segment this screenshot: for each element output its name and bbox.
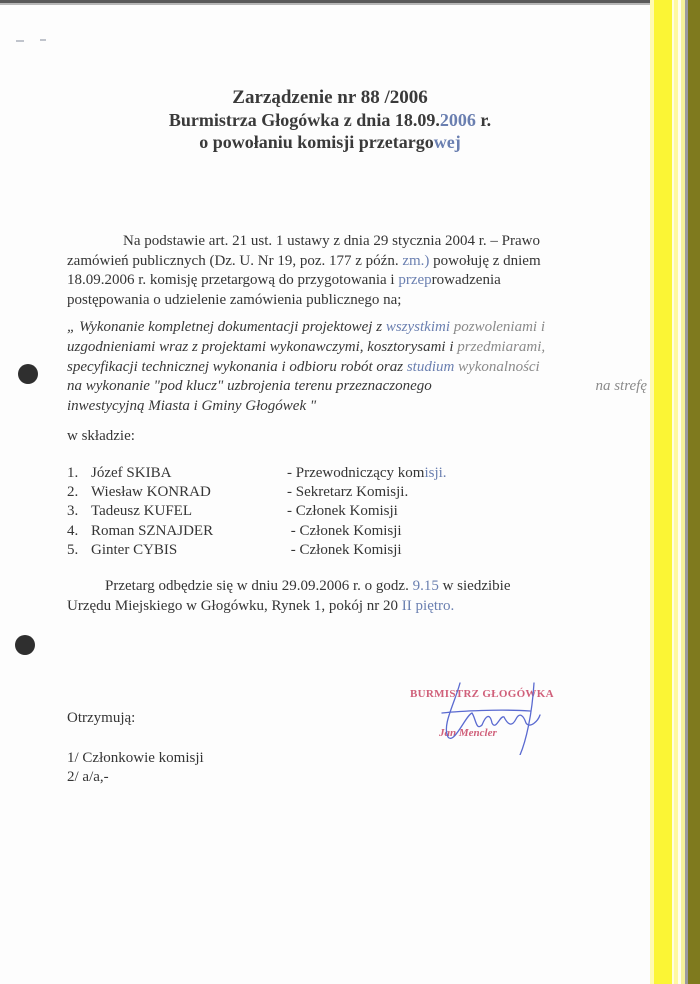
document-subtitle: Burmistrza Głogówka z dnia 18.09.2006 r. — [0, 110, 660, 131]
text: isji. — [424, 465, 446, 481]
text: w siedzibie — [439, 578, 511, 594]
text: studium — [407, 359, 455, 375]
text: 9.15 — [413, 578, 439, 594]
text: specyfikacji technicznej wykonania i odb… — [67, 359, 407, 375]
member-role: - Członek Komisji — [287, 541, 402, 560]
committee-member-row: 5.Ginter CYBIS - Członek Komisji — [67, 541, 447, 560]
paragraph-line: postępowania o udzielenie zamówienia pub… — [67, 291, 587, 311]
text: - Przewodniczący kom — [287, 465, 424, 481]
punch-hole-icon — [15, 635, 35, 655]
text: 18.09.2006 r. komisję przetargową do prz… — [67, 272, 398, 288]
member-name: Roman SZNAJDER — [91, 522, 287, 541]
member-number: 5. — [67, 541, 91, 560]
member-number: 3. — [67, 502, 91, 521]
text: zamówień publicznych (Dz. U. Nr 19, poz.… — [67, 253, 402, 269]
scan-smudge — [16, 40, 24, 42]
quote-line: uzgodnieniami wraz z projektami wykonawc… — [67, 338, 647, 358]
text: powołuję z dniem — [429, 253, 540, 269]
text: przedmiarami, — [457, 339, 545, 355]
punch-hole-icon — [18, 364, 38, 384]
title-text: 2006 — [440, 110, 476, 130]
text: przep — [398, 272, 431, 288]
paragraph-line: Urzędu Miejskiego w Głogówku, Rynek 1, p… — [67, 597, 627, 617]
scan-top-edge-shadow — [0, 3, 700, 5]
tender-paragraph: Przetarg odbędzie się w dniu 29.09.2006 … — [67, 577, 627, 616]
member-role: - Sekretarz Komisji. — [287, 483, 408, 502]
committee-member-row: 4.Roman SZNAJDER - Członek Komisji — [67, 522, 447, 541]
member-number: 4. — [67, 522, 91, 541]
document-subject-heading: o powołaniu komisji przetargowej — [0, 132, 660, 153]
text: zm.) — [402, 253, 429, 269]
committee-member-row: 2.Wiesław KONRAD- Sekretarz Komisji. — [67, 483, 447, 502]
member-role: - Członek Komisji — [287, 502, 398, 521]
member-role: - Przewodniczący komisji. — [287, 464, 447, 483]
composition-label: w składzie: — [67, 428, 135, 445]
member-role: - Członek Komisji — [287, 522, 402, 541]
document-title: Zarządzenie nr 88 /2006 — [0, 87, 660, 109]
text: uzgodnieniami wraz z projektami wykonawc… — [67, 339, 457, 355]
committee-members-list: 1. Józef SKIBA- Przewodniczący komisji.2… — [67, 464, 447, 560]
paragraph-line: Na podstawie art. 21 ust. 1 ustawy z dni… — [67, 232, 587, 252]
text: wykonalności — [454, 359, 539, 375]
text: na wykonanie "pod klucz" uzbrojenia tere… — [67, 377, 432, 397]
member-name: Tadeusz KUFEL — [91, 502, 287, 521]
text: rowadzenia — [432, 272, 501, 288]
recipients-list: 1/ Członkowie komisji2/ a/a,- — [67, 749, 204, 787]
text: na strefę — [595, 377, 647, 397]
recipients-label: Otrzymują: — [67, 710, 135, 727]
title-text: wej — [434, 132, 461, 152]
member-name: Józef SKIBA — [91, 464, 287, 483]
text: „ Wykonanie kompletnej dokumentacji proj… — [67, 319, 386, 335]
scan-edge-band — [688, 0, 700, 984]
quote-line: „ Wykonanie kompletnej dokumentacji proj… — [67, 318, 647, 338]
title-text: Burmistrza Głogówka z dnia 18.09. — [169, 110, 440, 130]
member-number: 2. — [67, 483, 91, 502]
subject-quote: „ Wykonanie kompletnej dokumentacji proj… — [67, 318, 647, 417]
quote-line: specyfikacji technicznej wykonania i odb… — [67, 358, 647, 378]
scan-smudge — [40, 39, 46, 41]
committee-member-row: 1. Józef SKIBA- Przewodniczący komisji. — [67, 464, 447, 483]
title-text: r. — [476, 110, 491, 130]
title-text: o powołaniu komisji przetargo — [199, 132, 434, 152]
member-name: Ginter CYBIS — [91, 541, 287, 560]
quote-line: na wykonanie "pod klucz" uzbrojenia tere… — [67, 377, 647, 397]
legal-basis-paragraph: Na podstawie art. 21 ust. 1 ustawy z dni… — [67, 232, 587, 310]
recipient-item: 1/ Członkowie komisji — [67, 749, 204, 768]
member-name: Wiesław KONRAD — [91, 483, 287, 502]
text: Przetarg odbędzie się w dniu 29.09.2006 … — [105, 578, 413, 594]
paragraph-line: zamówień publicznych (Dz. U. Nr 19, poz.… — [67, 252, 587, 272]
paragraph-line: 18.09.2006 r. komisję przetargową do prz… — [67, 271, 587, 291]
committee-member-row: 3.Tadeusz KUFEL- Członek Komisji — [67, 502, 447, 521]
text: Urzędu Miejskiego w Głogówku, Rynek 1, p… — [67, 598, 402, 614]
paragraph-line: Przetarg odbędzie się w dniu 29.09.2006 … — [67, 577, 627, 597]
signature-icon — [420, 675, 570, 755]
member-number: 1. — [67, 464, 91, 483]
text: wszystkimi — [386, 319, 450, 335]
text: pozwoleniami i — [450, 319, 545, 335]
recipient-item: 2/ a/a,- — [67, 768, 204, 787]
text: II piętro. — [402, 598, 454, 614]
quote-line: inwestycyjną Miasta i Gminy Głogówek " — [67, 397, 647, 417]
